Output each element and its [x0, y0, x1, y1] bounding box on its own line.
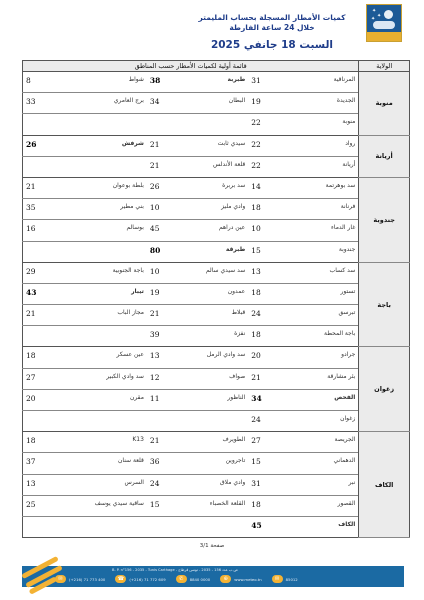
station-name: رواد [271, 135, 359, 156]
rain-value [147, 516, 170, 537]
station-name: سد وادي الكبير [46, 368, 147, 389]
table-row: جندوبة15طبرقة80 [23, 241, 410, 262]
footer-banner: B. P. n°156 - 2035 - Tunis Carthage - ص.… [22, 562, 404, 589]
table-row: الفحص34الناظور11مقرن20 [23, 389, 410, 410]
table-row: الجديدة19البطان34برج العامري33 [23, 93, 410, 114]
rain-value [23, 156, 46, 177]
station-name: قلعة سنان [46, 453, 147, 474]
rain-value: 31 [248, 72, 271, 93]
rain-value [147, 114, 170, 135]
rain-value: 38 [147, 72, 170, 93]
station-name: سيدي ثابت [170, 135, 248, 156]
rain-value: 45 [147, 220, 170, 241]
rain-value: 24 [248, 411, 271, 432]
rain-value: 18 [248, 326, 271, 347]
rain-value: 24 [248, 305, 271, 326]
station-name: منوبة [271, 114, 359, 135]
station-name: سد بربرة [170, 177, 248, 198]
rain-value: 34 [248, 389, 271, 410]
rain-value: 18 [248, 495, 271, 516]
rain-value [23, 241, 46, 262]
rain-value: 33 [23, 93, 46, 114]
table-row: باجة المحطة18نفزة39 [23, 326, 410, 347]
rain-value: 18 [248, 283, 271, 304]
contact-item: ✆8840 0000 [176, 575, 211, 583]
station-name: سد بوهرتمة [271, 177, 359, 198]
station-name: غار الدماء [271, 220, 359, 241]
station-name: برج العامري [46, 93, 147, 114]
rain-value: 12 [147, 368, 170, 389]
rain-value: 15 [248, 241, 271, 262]
station-name: عمدون [170, 283, 248, 304]
station-name: سد سيدي سالم [170, 262, 248, 283]
station-name: الدهماني [271, 453, 359, 474]
station-name: شواط [46, 72, 147, 93]
rain-value: 15 [248, 453, 271, 474]
rain-value: 13 [23, 474, 46, 495]
station-name: تبرسق [271, 305, 359, 326]
station-name [170, 516, 248, 537]
station-name: صواف [170, 368, 248, 389]
rain-value: 16 [23, 220, 46, 241]
table-row: باجةسد كساب13سد سيدي سالم10باجة الجنوبية… [23, 262, 410, 283]
phone-icon: ✆ [176, 575, 187, 583]
rain-value: 10 [248, 220, 271, 241]
station-name [46, 411, 147, 432]
station-name: جرادو [271, 347, 359, 368]
table-body: منوبةالمرناقية31طبربة38شواط8الجديدة19الب… [23, 72, 410, 538]
table-row: بئر مشارقة21صواف12سد وادي الكبير27 [23, 368, 410, 389]
rain-value: 18 [23, 432, 46, 453]
station-name: طبرقة [170, 241, 248, 262]
station-name: القلعة الخصباء [170, 495, 248, 516]
station-name: تاجروين [170, 453, 248, 474]
station-name: الناظور [170, 389, 248, 410]
contact-text: www.meteo.tn [234, 577, 261, 582]
rain-value: 8 [23, 72, 46, 93]
rain-value: 18 [23, 347, 46, 368]
rain-value: 31 [248, 474, 271, 495]
station-name: المرناقية [271, 72, 359, 93]
station-name: بني مطير [46, 199, 147, 220]
station-name [46, 241, 147, 262]
rain-value: 37 [23, 453, 46, 474]
rain-value: 18 [248, 199, 271, 220]
rain-value [23, 411, 46, 432]
rain-value: 21 [147, 135, 170, 156]
mail-icon: ✉ [55, 575, 66, 583]
table-row: منوبة22 [23, 114, 410, 135]
station-name: سد كساب [271, 262, 359, 283]
table-row: الكاف45 [23, 516, 410, 537]
station-name: تيبار [46, 283, 147, 304]
table-row: الكافالجريصة27الطويرف21K1318 [23, 432, 410, 453]
rain-value [23, 326, 46, 347]
sms-icon: ✉ [272, 575, 283, 583]
table-row: جندوبةسد بوهرتمة14سد بربرة26بلطة بوعوان2… [23, 177, 410, 198]
station-name [170, 114, 248, 135]
rain-value: 80 [147, 241, 170, 262]
rain-value: 29 [23, 262, 46, 283]
rain-value: 43 [23, 283, 46, 304]
station-name: جندوبة [271, 241, 359, 262]
rain-value: 21 [147, 156, 170, 177]
station-name: زغوان [271, 411, 359, 432]
station-name [46, 516, 147, 537]
station-name [46, 326, 147, 347]
rain-value: 22 [248, 114, 271, 135]
governorate-cell: الكاف [359, 432, 410, 538]
governorate-cell: باجة [359, 262, 410, 347]
rain-value: 21 [147, 305, 170, 326]
station-name: قبلاط [170, 305, 248, 326]
rain-value: 35 [23, 199, 46, 220]
station-name: وادي مليز [170, 199, 248, 220]
station-name [170, 411, 248, 432]
station-name [46, 114, 147, 135]
rainfall-table: الولاية قائمة أولية لكميات الأمطار حسب ا… [22, 60, 410, 538]
rain-value: 22 [248, 135, 271, 156]
station-name: فرنانة [271, 199, 359, 220]
station-name: السرس [46, 474, 147, 495]
table-row: أريانة22قلعة الأندلس21 [23, 156, 410, 177]
station-name: الفحص [271, 389, 359, 410]
rain-value: 39 [147, 326, 170, 347]
rain-value: 26 [147, 177, 170, 198]
table-row: زغوان24 [23, 411, 410, 432]
station-name: تستور [271, 283, 359, 304]
rain-value: 19 [248, 93, 271, 114]
rain-value: 21 [248, 368, 271, 389]
table-row: غار الدماء10عين دراهم45بوسالم16 [23, 220, 410, 241]
station-name: عين عسكر [46, 347, 147, 368]
rain-value: 11 [147, 389, 170, 410]
station-name [46, 156, 147, 177]
fax-icon: ☎ [115, 575, 126, 583]
contact-item: ☎(+216) 71 772 609 [115, 575, 165, 583]
table-row: نبر31وادي ملاق24السرس13 [23, 474, 410, 495]
station-name: الجديدة [271, 93, 359, 114]
station-name: سد وادي الرمل [170, 347, 248, 368]
rain-value [23, 516, 46, 537]
table-row: زغوانجرادو20سد وادي الرمل13عين عسكر18 [23, 347, 410, 368]
station-name: نفزة [170, 326, 248, 347]
station-name: بوسالم [46, 220, 147, 241]
rain-value: 10 [147, 199, 170, 220]
station-name: عين دراهم [170, 220, 248, 241]
station-name: مجاز الباب [46, 305, 147, 326]
station-name: قلعة الأندلس [170, 156, 248, 177]
contact-text: 8840 0000 [190, 577, 211, 582]
contact-item: ✉85012 [272, 575, 298, 583]
rain-value: 20 [248, 347, 271, 368]
rain-value: 19 [147, 283, 170, 304]
station-name: مقرن [46, 389, 147, 410]
rain-value: 10 [147, 262, 170, 283]
station-name: K13 [46, 432, 147, 453]
station-name: الطويرف [170, 432, 248, 453]
contact-item: ⊕www.meteo.tn [220, 575, 261, 583]
rain-value: 24 [147, 474, 170, 495]
rain-value: 27 [23, 368, 46, 389]
station-name: بلطة بوعوان [46, 177, 147, 198]
rain-value: 25 [23, 495, 46, 516]
table-row: تستور18عمدون19تيبار43 [23, 283, 410, 304]
contact-item: ✉(+216) 71 773 400 [55, 575, 105, 583]
station-name: الجريصة [271, 432, 359, 453]
rain-value: 14 [248, 177, 271, 198]
rain-value [23, 114, 46, 135]
station-name: باجة المحطة [271, 326, 359, 347]
governorate-cell: منوبة [359, 72, 410, 136]
table-row: القصور18القلعة الخصباء15ساقية سيدي يوسف2… [23, 495, 410, 516]
rain-value: 21 [23, 177, 46, 198]
footer-contacts: ✉(+216) 71 773 400☎(+216) 71 772 609✆884… [55, 575, 298, 583]
rain-value [147, 411, 170, 432]
rain-value: 13 [147, 347, 170, 368]
station-name: طبربة [170, 72, 248, 93]
rain-value: 20 [23, 389, 46, 410]
contact-text: 85012 [286, 577, 298, 582]
table-row: منوبةالمرناقية31طبربة38شواط8 [23, 72, 410, 93]
report-date: السبت 18 جانفي 2025 [0, 39, 424, 51]
rain-value: 15 [147, 495, 170, 516]
rain-value: 27 [248, 432, 271, 453]
governorate-cell: أريانة [359, 135, 410, 177]
governorate-cell: جندوبة [359, 177, 410, 262]
station-name: بئر مشارقة [271, 368, 359, 389]
document-header: ✦ ✦ ✦ كميات الأمطار المسجلة بحساب المليم… [0, 0, 424, 60]
station-name: الكاف [271, 516, 359, 537]
station-name: نبر [271, 474, 359, 495]
station-name: القصور [271, 495, 359, 516]
contact-text: (+216) 71 772 609 [129, 577, 165, 582]
table-row: أريانةرواد22سيدي ثابت21شرفش26 [23, 135, 410, 156]
page-number: صفحة 3/1 [0, 543, 424, 549]
rain-value: 22 [248, 156, 271, 177]
rain-value: 34 [147, 93, 170, 114]
rain-value: 21 [147, 432, 170, 453]
rain-value: 26 [23, 135, 46, 156]
rain-value: 45 [248, 516, 271, 537]
station-name: وادي ملاق [170, 474, 248, 495]
station-name: أريانة [271, 156, 359, 177]
table-header-row: الولاية قائمة أولية لكميات الأمطار حسب ا… [23, 61, 410, 72]
governorate-cell: زغوان [359, 347, 410, 432]
footer-address: B. P. n°156 - 2035 - Tunis Carthage - ص.… [112, 568, 238, 572]
rain-value: 21 [23, 305, 46, 326]
web-icon: ⊕ [220, 575, 231, 583]
report-subtitle: خلال 24 ساعة الفارطة [0, 23, 424, 32]
rain-value: 13 [248, 262, 271, 283]
report-title: كميات الأمطار المسجلة بحساب المليمتر [0, 13, 424, 22]
station-name: باجة الجنوبية [46, 262, 147, 283]
rain-value: 36 [147, 453, 170, 474]
station-name: شرفش [46, 135, 147, 156]
header-governorate: الولاية [359, 61, 410, 72]
header-list: قائمة أولية لكميات الأمطار حسب المناطق [23, 61, 359, 72]
table-row: الدهماني15تاجروين36قلعة سنان37 [23, 453, 410, 474]
station-name: ساقية سيدي يوسف [46, 495, 147, 516]
table-row: تبرسق24قبلاط21مجاز الباب21 [23, 305, 410, 326]
station-name: البطان [170, 93, 248, 114]
table-row: فرنانة18وادي مليز10بني مطير35 [23, 199, 410, 220]
contact-text: (+216) 71 773 400 [69, 577, 105, 582]
